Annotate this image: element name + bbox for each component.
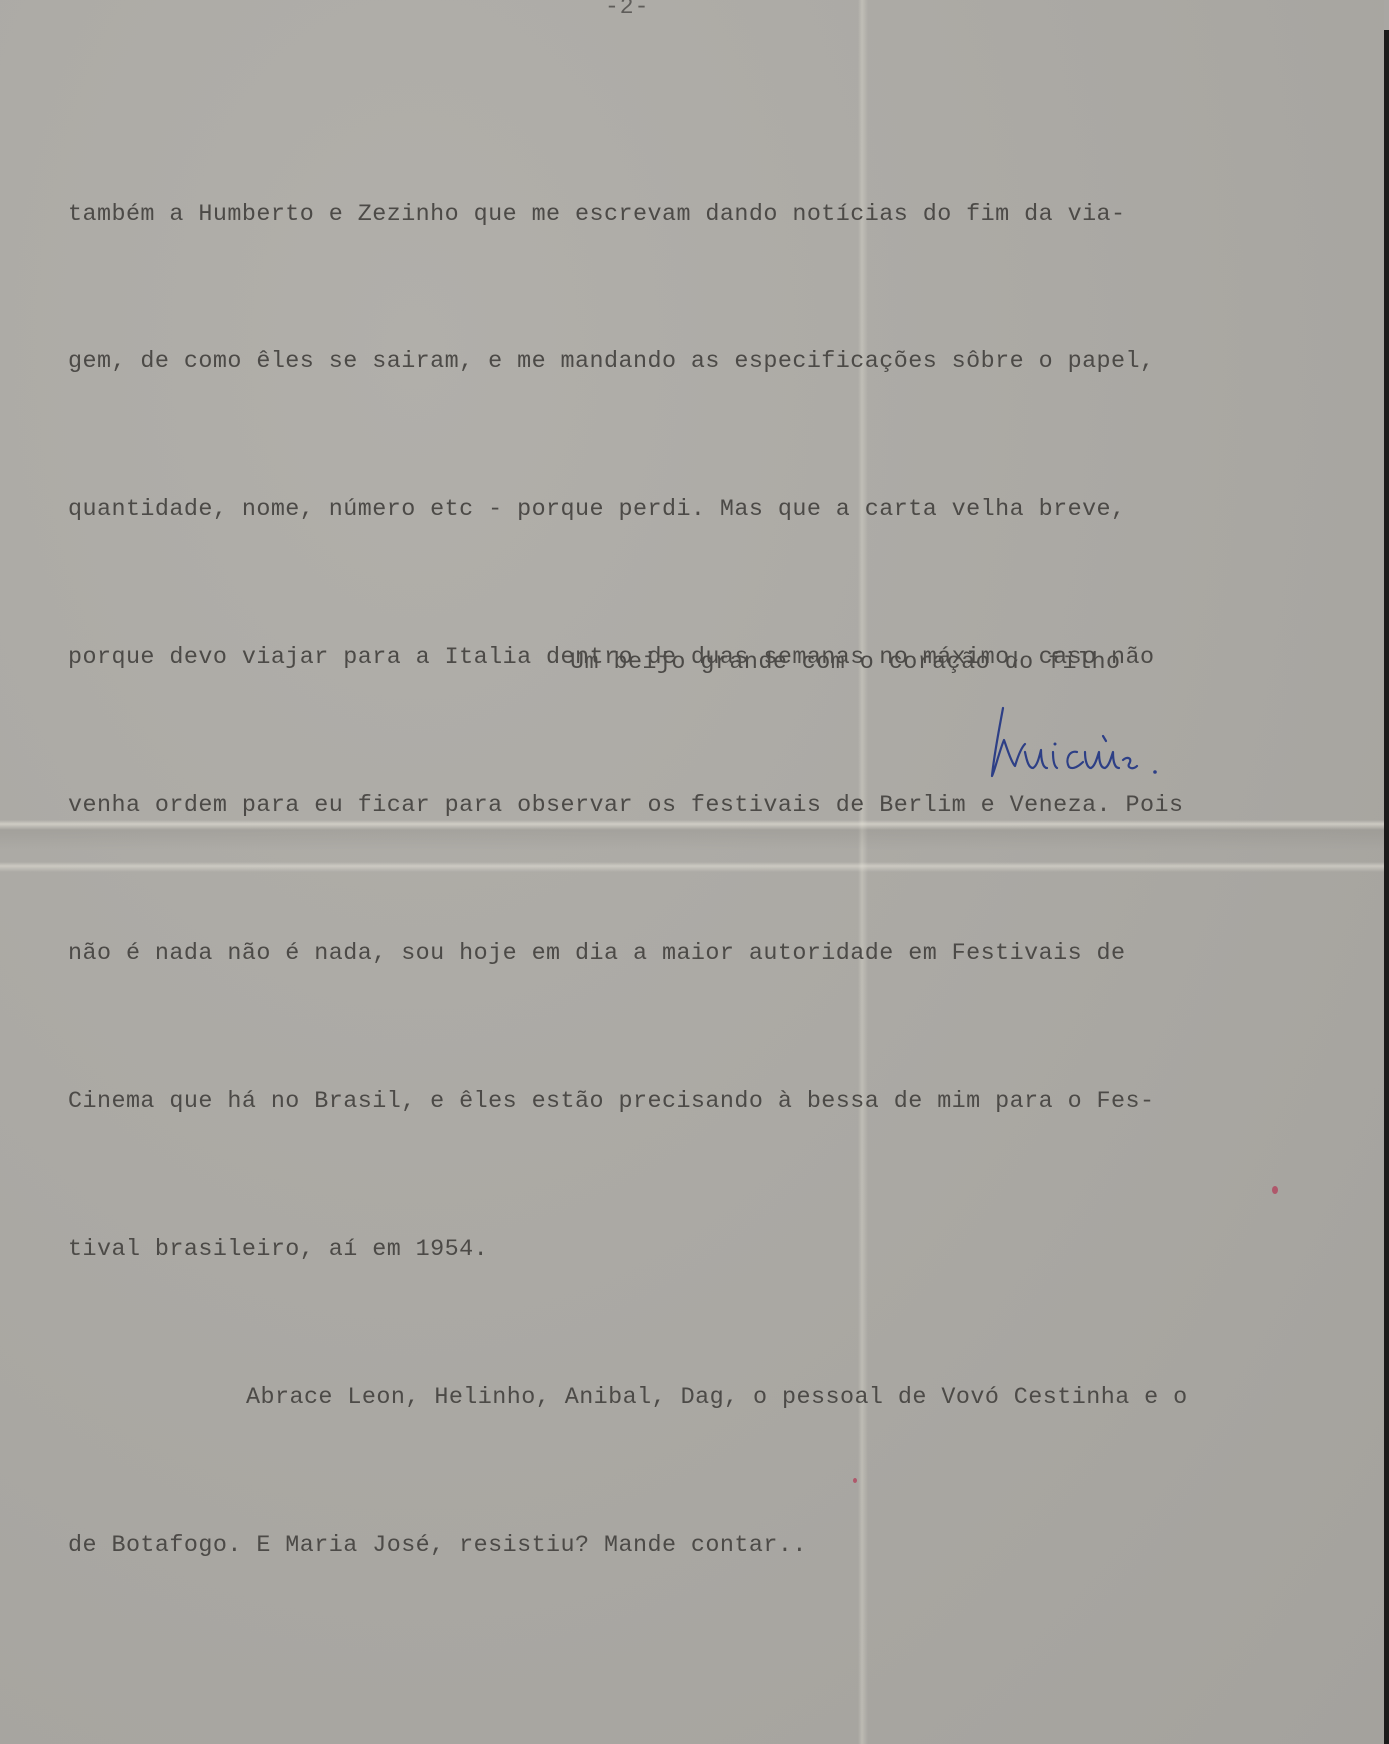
signature-icon xyxy=(985,700,1225,790)
body-line: quantidade, nome, número etc - porque pe… xyxy=(68,486,1388,535)
page-number: -2- xyxy=(605,0,649,20)
letter-closing: Um beijo grande com o coração do filho xyxy=(570,650,1121,676)
body-line: tival brasileiro, aí em 1954. xyxy=(68,1226,1388,1275)
body-line: de Botafogo. E Maria José, resistiu? Man… xyxy=(68,1522,1388,1571)
ink-spot xyxy=(1272,1186,1278,1194)
body-line: não é nada não é nada, sou hoje em dia a… xyxy=(68,930,1388,979)
body-line: também a Humberto e Zezinho que me escre… xyxy=(68,191,1388,240)
handwritten-signature xyxy=(985,700,1225,790)
body-line: gem, de como êles se sairam, e me mandan… xyxy=(68,338,1388,387)
ink-spot xyxy=(853,1478,857,1483)
letter-body: também a Humberto e Zezinho que me escre… xyxy=(68,92,1388,1620)
body-line: Cinema que há no Brasil, e êles estão pr… xyxy=(68,1078,1388,1127)
body-line-paragraph-start: Abrace Leon, Helinho, Anibal, Dag, o pes… xyxy=(68,1374,1388,1423)
